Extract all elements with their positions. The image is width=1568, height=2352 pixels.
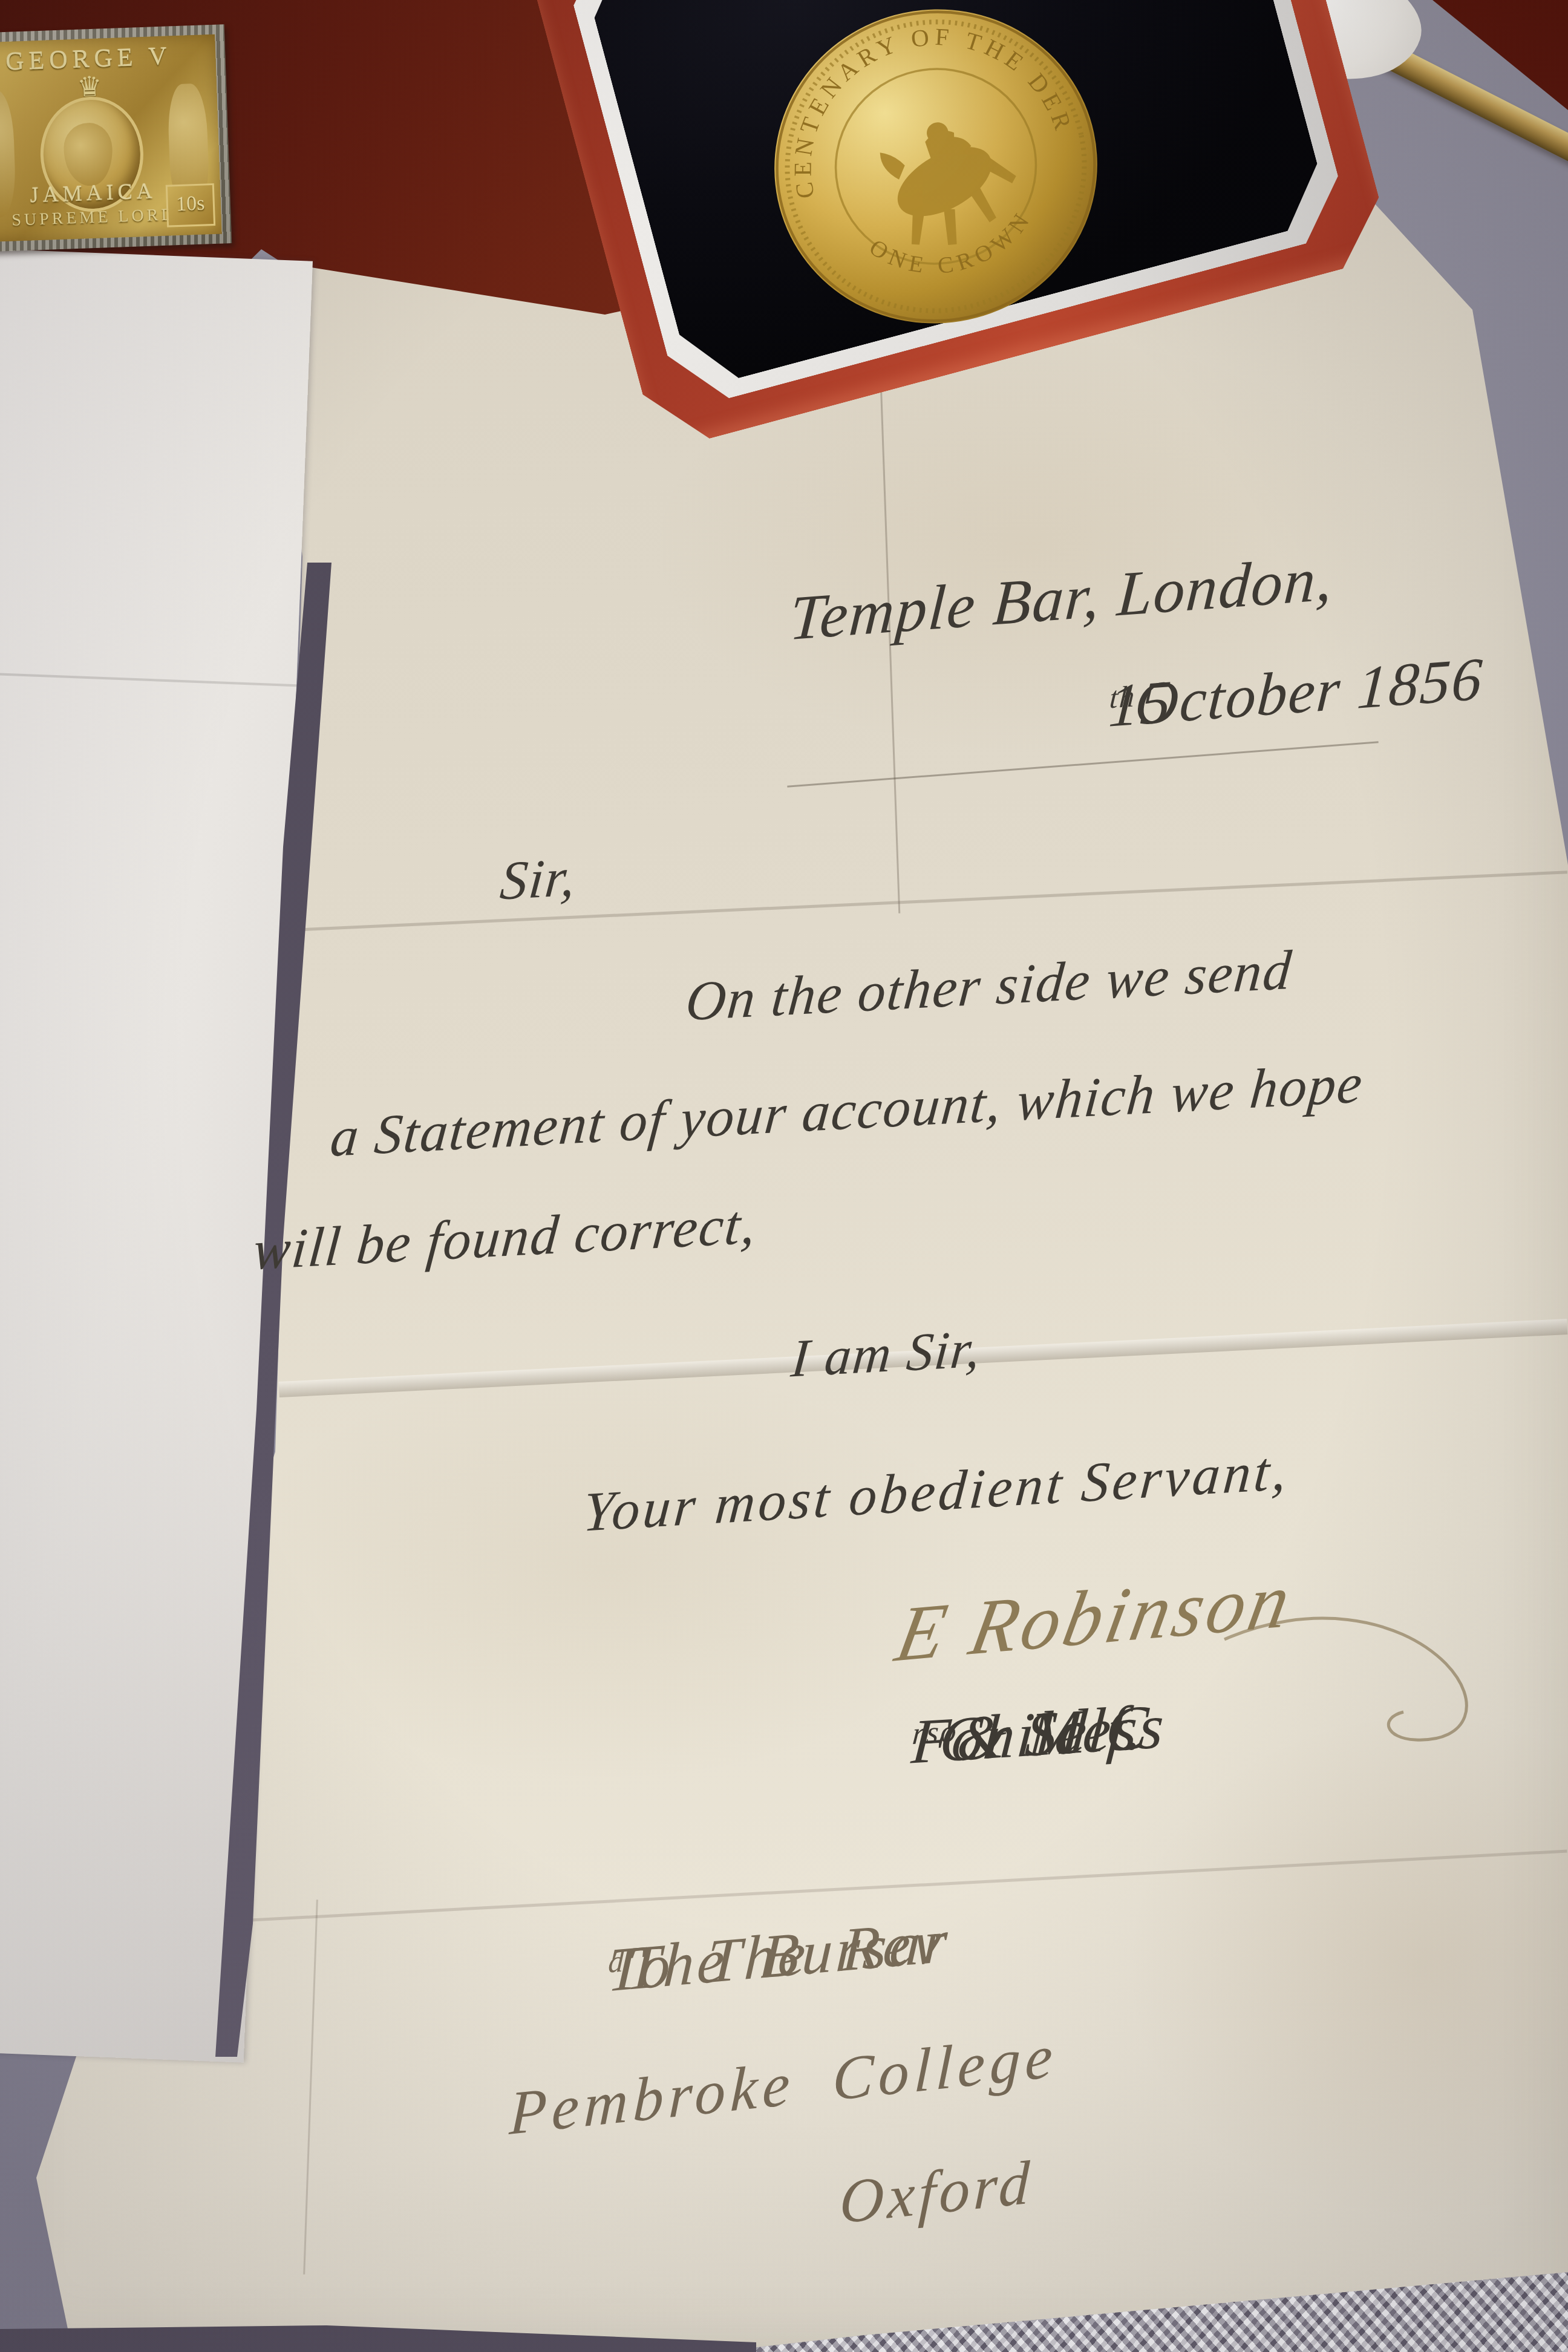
photo-scene: that this Legal Ten Crown is one of a th…	[0, 0, 1568, 2352]
fold-crease	[267, 871, 1567, 933]
fold-crease	[279, 1319, 1568, 1397]
fold-crease	[170, 1850, 1567, 1926]
stamp-replica: GEORGE V ♛ JAMAICA SUPREME LORD 10s	[0, 24, 232, 253]
stamp-title: GEORGE V	[0, 41, 216, 79]
stamp-denomination: 10s	[166, 183, 215, 227]
stamp-gold-plate: GEORGE V ♛ JAMAICA SUPREME LORD 10s	[0, 34, 222, 243]
fold-crease	[303, 1900, 318, 2275]
fold-crease	[878, 315, 901, 913]
fold-crease	[0, 671, 296, 687]
king-profile-icon	[63, 122, 114, 187]
